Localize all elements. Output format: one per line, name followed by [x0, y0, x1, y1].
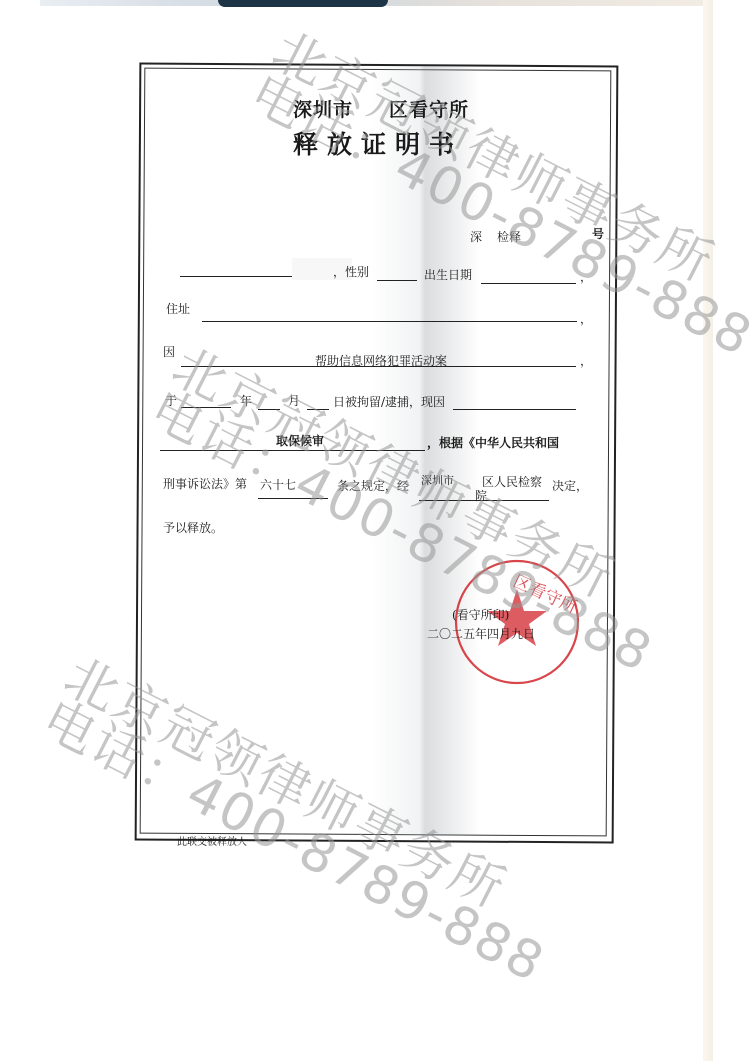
gender-label: ，性别 — [333, 263, 369, 280]
gender-field-line — [377, 280, 417, 281]
doc-number-suffix: 号 — [592, 225, 604, 242]
address-comma: ， — [580, 310, 592, 327]
current-reason-field-line — [453, 409, 576, 410]
cause-comma: ， — [580, 352, 592, 369]
authority-unit-suffix: 院 — [475, 487, 487, 504]
authority-field-line — [419, 500, 549, 501]
document-title: 释放证明书 — [293, 125, 463, 161]
release-reason-field-line — [160, 450, 425, 451]
release-reason-value: 取保候审 — [276, 432, 324, 449]
on-label: 于 — [165, 392, 177, 409]
address-field-line — [202, 321, 577, 322]
cause-field-line — [181, 366, 576, 367]
month-field-line — [258, 409, 280, 410]
title-city: 深圳市 — [293, 99, 353, 121]
seal-label: (看守所印) — [452, 606, 509, 623]
birth-date-comma: ， — [580, 268, 592, 285]
detained-label: 日被拘留/逮捕，现因 — [333, 393, 445, 410]
year-label: 年 — [240, 392, 252, 409]
authority-city: 深圳市 — [421, 472, 454, 488]
day-field-line — [307, 409, 329, 410]
doc-number-mid: 检释 — [497, 228, 521, 245]
month-label: 月 — [288, 392, 300, 409]
issue-date: 二〇二五年四月九日 — [427, 625, 535, 642]
authority-unit: 区人民检察 — [482, 473, 542, 490]
issuing-unit-title: 深圳市区看守所 — [293, 95, 469, 122]
birth-date-field-line — [481, 283, 576, 284]
decision-label: 决定， — [552, 477, 588, 494]
footer-note: 此联交被释放人 — [177, 833, 247, 848]
cause-label: 因 — [163, 343, 175, 360]
article-value: 六十七 — [260, 476, 296, 493]
release-statement: 予以释放。 — [163, 519, 223, 536]
law-label: 刑事诉讼法》第 — [163, 475, 247, 492]
article-field-line — [258, 498, 328, 499]
year-field-line — [181, 407, 231, 408]
article-suffix: 条之规定，经 — [337, 477, 409, 494]
scan-edge-right — [703, 0, 713, 1061]
scan-clip-shadow — [218, 0, 388, 7]
legal-basis-label: ，根据《中华人民共和国 — [427, 434, 559, 451]
address-label: 住址 — [166, 300, 190, 317]
title-unit: 区看守所 — [389, 99, 469, 121]
doc-number-prefix: 深 — [470, 228, 482, 245]
paper-fold-shadow — [370, 66, 480, 836]
birth-date-label: 出生日期 — [424, 266, 472, 283]
